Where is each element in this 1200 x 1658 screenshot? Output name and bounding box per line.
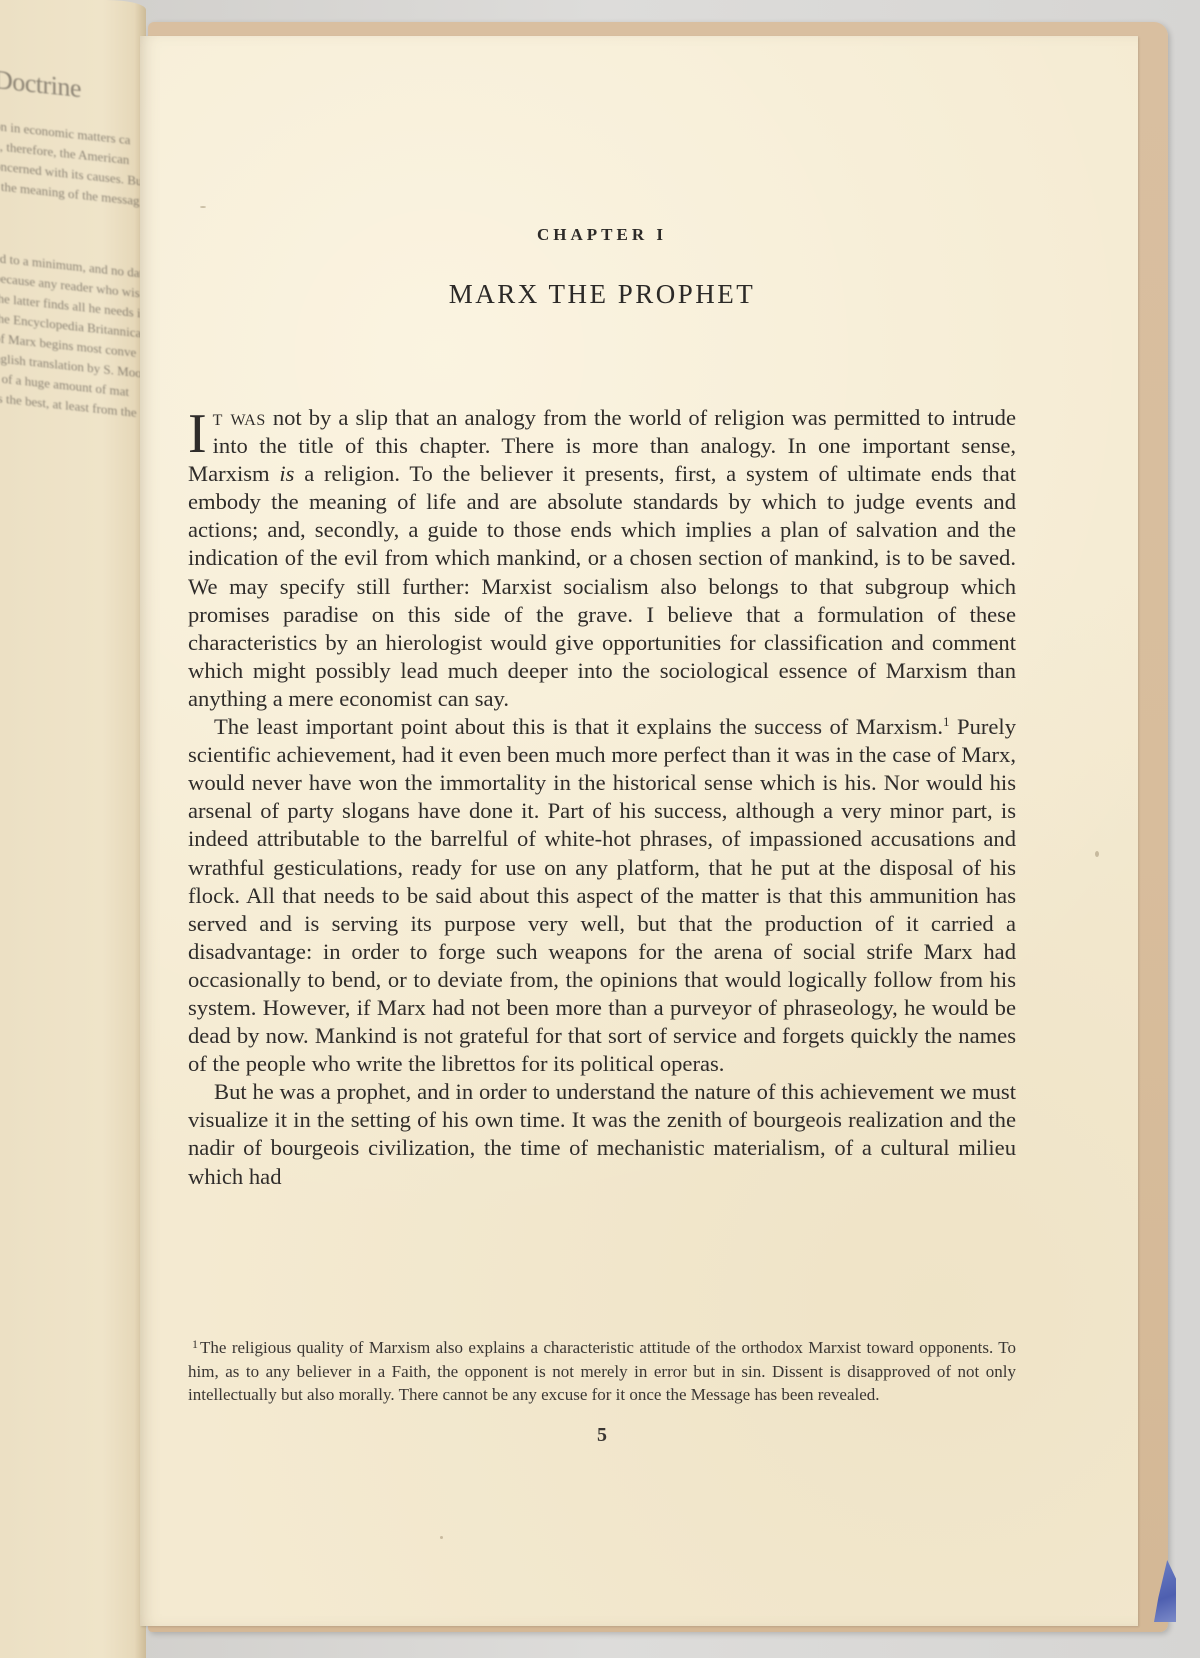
paper-speck [1095, 851, 1099, 857]
paper-speck [200, 206, 206, 208]
paragraph-3: But he was a prophet, and in order to un… [188, 1078, 1016, 1190]
book-page: CHAPTER I MARX THE PROPHET It was not by… [140, 36, 1138, 1626]
chapter-label: CHAPTER I [188, 225, 1016, 245]
chapter-title: MARX THE PROPHET [188, 279, 1016, 310]
smallcaps-lead: t was [213, 405, 266, 430]
footnote-text: The religious quality of Marxism also ex… [188, 1338, 1016, 1404]
paragraph-text: a religion. To the believer it presents,… [188, 461, 1016, 711]
paragraph-2: The least important point about this is … [188, 713, 1016, 1078]
left-running-head: Doctrine [0, 70, 146, 107]
body-text: It was not by a slip that an analogy fro… [188, 404, 1016, 1191]
footnote: 1The religious quality of Marxism also e… [188, 1333, 1016, 1407]
left-facing-page: Doctrine on in economic matters ca a, th… [0, 0, 146, 1658]
page-number: 5 [188, 1424, 1016, 1447]
left-page-text: Doctrine on in economic matters ca a, th… [0, 70, 146, 425]
footnote-mark: 1 [192, 1337, 198, 1351]
paragraph-text: The least important point about this is … [214, 714, 943, 739]
paragraph-text: But he was a prophet, and in order to un… [188, 1079, 1016, 1188]
paper-speck [440, 1536, 443, 1539]
emphasis: is [279, 461, 294, 486]
drop-cap: I [188, 412, 207, 456]
paragraph-1: It was not by a slip that an analogy fro… [188, 404, 1016, 713]
paragraph-text: Purely scientific achievement, had it ev… [188, 714, 1016, 1076]
